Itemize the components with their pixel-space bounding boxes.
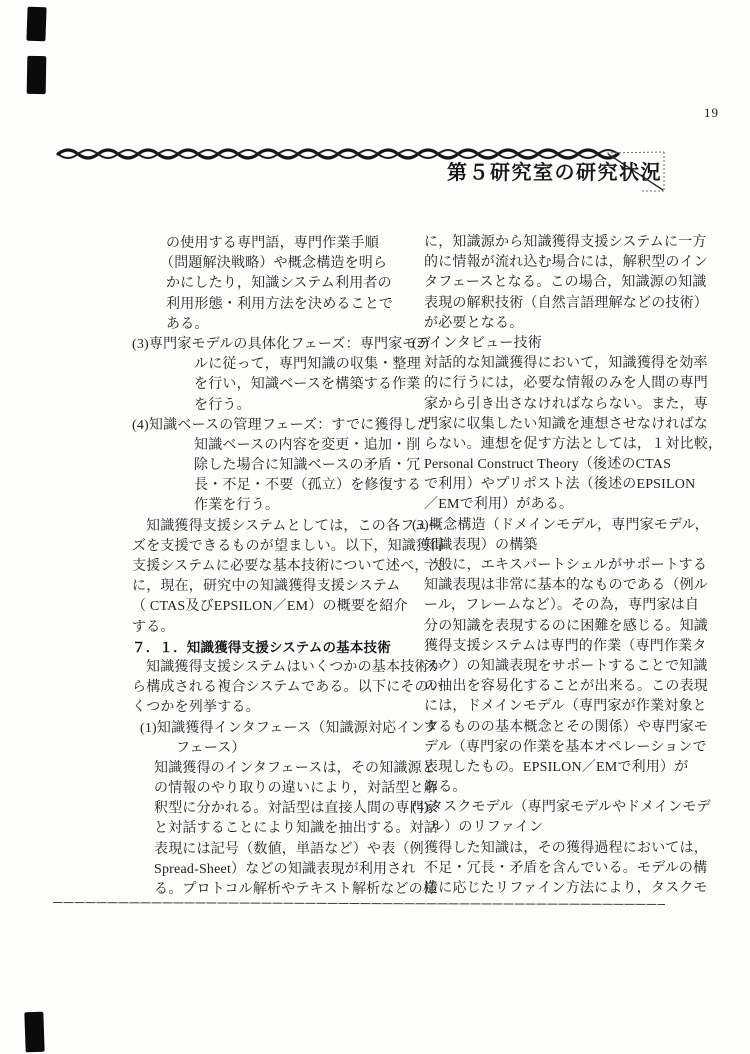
text-line: 家から引き出さなければならない。また，専 xyxy=(412,395,714,415)
text-line: 造に応じたリファイン方法により，タスクモ xyxy=(412,879,714,899)
text-line: が必要となる。 xyxy=(412,314,714,334)
text-line: （ CTAS及びEPSILON／EM）の概要を紹介 xyxy=(132,597,434,617)
page-number: 19 xyxy=(704,105,719,121)
left-text-column: の使用する専門語，専門作業手順（問題解決戦略）や概念構造を明らかにしたり，知識シ… xyxy=(132,234,434,900)
text-line: 釈型に分かれる。対話型は直接人間の専門家 xyxy=(132,799,434,819)
text-line: を行う。 xyxy=(132,396,434,416)
text-line: 獲得支援システムは専門的作業（専門作業タ xyxy=(412,637,714,657)
text-line: デル（専門家の作業を基本オペレーションで xyxy=(412,738,714,758)
text-line: 知識表現は非常に基本的なものである（例ル xyxy=(412,576,714,596)
text-line: タフェースとなる。この場合，知識源の知識 xyxy=(412,273,714,293)
text-line: 対話的な知識獲得において，知識獲得を効率 xyxy=(412,354,714,374)
text-line: 表現の解釈技術（自然言語理解などの技術） xyxy=(412,294,714,314)
text-line: (2)インタビュー技術 xyxy=(412,334,714,354)
scanned-document-page: 19 第５研究室の研究状況 の使用する専門語，専門作業手順（問題解決戦略）や概念… xyxy=(0,0,750,1054)
text-line: ル）のリファイン xyxy=(412,818,714,838)
text-line: に，現在，研究中の知識獲得支援システム xyxy=(132,577,434,597)
text-line: ール，フレームなど）。その為，専門家は自 xyxy=(412,596,714,616)
text-line: Personal Construct Theory（後述のCTAS xyxy=(412,455,714,475)
footer-rule xyxy=(53,902,665,905)
text-line: 知識ベースの内容を変更・追加・削 xyxy=(132,436,434,456)
text-line: 分の知識を表現するのに困難を感じる。知識 xyxy=(412,617,714,637)
text-line: (3)概念構造（ドメインモデル，専門家モデル， xyxy=(412,516,714,536)
right-text-column: に，知識源から知識獲得支援システムに一方的に情報が流れ込む場合には，解釈型のイン… xyxy=(412,233,714,899)
text-line: 表現したもの。EPSILON／EMで利用）が xyxy=(412,758,714,778)
text-line: 不足・冗長・矛盾を含んでいる。モデルの構 xyxy=(412,859,714,879)
text-line: ７．１．知識獲得支援システムの基本技術 xyxy=(132,638,434,658)
text-line: 的に情報が流れ込む場合には，解釈型のイン xyxy=(412,253,714,273)
text-line: 利用形態・利用方法を決めることで xyxy=(132,295,434,315)
text-line: (4)タスクモデル（専門家モデルやドメインモデ xyxy=(412,798,714,818)
text-line: ルに従って，専門知識の収集・整理 xyxy=(132,355,434,375)
scan-mark xyxy=(26,7,46,42)
text-line: (4)知識ベースの管理フェーズ：すでに獲得した xyxy=(132,416,434,436)
text-line: と対話することにより知識を抽出する。対話 xyxy=(132,819,434,839)
text-line: には，ドメインモデル（専門家が作業対象と xyxy=(412,697,714,717)
text-line: 支援システムに必要な基本技術について述べ，次 xyxy=(132,557,434,577)
scan-mark xyxy=(24,1012,44,1053)
text-line: 作業を行う。 xyxy=(132,496,434,516)
text-line: の抽出を容易化することが出来る。この表現 xyxy=(412,677,714,697)
text-line: ら構成される複合システムである。以下にそのい xyxy=(132,678,434,698)
text-line: ズを支援できるものが望ましい。以下，知識獲得 xyxy=(132,537,434,557)
text-line: 長・不足・不要（孤立）を修復する xyxy=(132,476,434,496)
text-line: 知識表現）の構築 xyxy=(412,536,714,556)
text-line: を行い，知識ベースを構築する作業 xyxy=(132,375,434,395)
text-line: するものの基本概念とその関係）や専門家モ xyxy=(412,718,714,738)
text-line: スク）の知識表現をサポートすることで知識 xyxy=(412,657,714,677)
text-line: 的に行うには，必要な情報のみを人間の専門 xyxy=(412,374,714,394)
text-line: の使用する専門語，専門作業手順 xyxy=(132,234,434,254)
text-line: 除した場合に知識ベースの矛盾・冗 xyxy=(132,456,434,476)
text-line: 門家に収集したい知識を連想させなければな xyxy=(412,415,714,435)
text-line: ある。 xyxy=(412,778,714,798)
text-line: (1)知識獲得インタフェース（知識源対応インタ xyxy=(132,719,434,739)
text-line: の情報のやり取りの違いにより，対話型と解 xyxy=(132,779,434,799)
text-line: 一般に，エキスパートシェルがサポートする xyxy=(412,556,714,576)
text-line: で利用）やプリポスト法（後述のEPSILON xyxy=(412,475,714,495)
text-line: 表現には記号（数値，単語など）や表（例 xyxy=(132,840,434,860)
text-line: ／EMで利用）がある。 xyxy=(412,495,714,515)
text-line: Spread-Sheet）などの知識表現が利用され xyxy=(132,860,434,880)
section-banner-title: 第５研究室の研究状況 xyxy=(447,156,662,185)
text-line: 知識獲得支援システムとしては，この各フェー xyxy=(132,517,434,537)
scan-mark xyxy=(27,56,47,94)
text-line: らない。連想を促す方法としては，１対比較， xyxy=(412,435,714,455)
text-line: に，知識源から知識獲得支援システムに一方 xyxy=(412,233,714,253)
text-line: フェース） xyxy=(132,739,434,759)
text-line: 知識獲得支援システムはいくつかの基本技術か xyxy=(132,658,434,678)
text-line: 知識獲得のインタフェースは，その知識源と xyxy=(132,759,434,779)
text-line: る。プロトコル解析やテキスト解析などの様 xyxy=(132,880,434,900)
text-line: くつかを列挙する。 xyxy=(132,698,434,718)
text-line: かにしたり，知識システム利用者の xyxy=(132,274,434,294)
text-line: ある。 xyxy=(132,315,434,335)
text-line: （問題解決戦略）や概念構造を明ら xyxy=(132,254,434,274)
text-line: する。 xyxy=(132,618,434,638)
text-line: 獲得した知識は，その獲得過程においては， xyxy=(412,839,714,859)
text-line: (3)専門家モデルの具体化フェーズ：専門家モデ xyxy=(132,335,434,355)
